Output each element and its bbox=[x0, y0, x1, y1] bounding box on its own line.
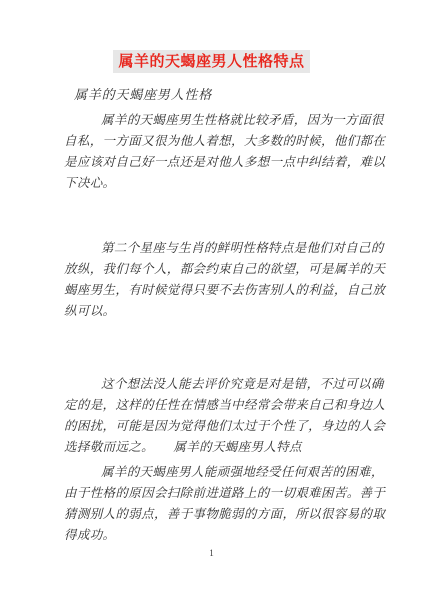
text-line: 蝎座男生，有时候觉得只要不去伤害别人的利益，自己放 bbox=[64, 280, 364, 301]
text-line: 放纵，我们每个人，都会约束自己的欲望，可是属羊的天 bbox=[64, 259, 364, 280]
text-line: 下决心。 bbox=[64, 173, 364, 194]
text-line: 是应该对自己好一点还是对他人多想一点中纠结着，难以 bbox=[64, 152, 364, 173]
text-line: 的困扰，可能是因为觉得他们太过于个性了，身边的人会 bbox=[64, 416, 364, 437]
text-line: 选择敬而远之。 属羊的天蝎座男人特点 bbox=[64, 437, 364, 458]
paragraphs: 属羊的天蝎座男生性格就比较矛盾，因为一方面很自私，一方面又很为他人着想，大多数的… bbox=[64, 110, 364, 546]
document-page: 属羊的天蝎座男人性格特点 属羊的天蝎座男人性格 属羊的天蝎座男生性格就比较矛盾，… bbox=[0, 0, 423, 600]
paragraph: 这个想法没人能去评价究竟是对是错，不过可以确定的是，这样的任性在情感当中经常会带… bbox=[64, 374, 364, 458]
paragraph: 属羊的天蝎座男人能顽强地经受任何艰苦的困难，由于性格的原因会扫除前进道路上的一切… bbox=[64, 462, 364, 546]
text-line: 这个想法没人能去评价究竟是对是错，不过可以确 bbox=[64, 374, 364, 395]
text-line: 属羊的天蝎座男人能顽强地经受任何艰苦的困难， bbox=[64, 462, 364, 483]
paragraph: 属羊的天蝎座男生性格就比较矛盾，因为一方面很自私，一方面又很为他人着想，大多数的… bbox=[64, 110, 364, 194]
document-title: 属羊的天蝎座男人性格特点 bbox=[113, 50, 309, 73]
paragraph: 第二个星座与生肖的鲜明性格特点是他们对自己的放纵，我们每个人，都会约束自己的欲望… bbox=[64, 238, 364, 322]
text-line: 由于性格的原因会扫除前进道路上的一切艰难困苦。善于 bbox=[64, 483, 364, 504]
text-line: 定的是，这样的任性在情感当中经常会带来自己和身边人 bbox=[64, 395, 364, 416]
text-line: 猜测别人的弱点，善于事物脆弱的方面，所以很容易的取 bbox=[64, 504, 364, 525]
text-line: 属羊的天蝎座男生性格就比较矛盾，因为一方面很 bbox=[64, 110, 364, 131]
title-row: 属羊的天蝎座男人性格特点 bbox=[0, 0, 423, 73]
page-number: 1 bbox=[0, 548, 423, 558]
text-line: 第二个星座与生肖的鲜明性格特点是他们对自己的 bbox=[64, 238, 364, 259]
text-line: 自私，一方面又很为他人着想，大多数的时候，他们都在 bbox=[64, 131, 364, 152]
document-subtitle: 属羊的天蝎座男人性格 bbox=[74, 86, 423, 104]
text-line: 纵可以。 bbox=[64, 301, 364, 322]
text-line: 得成功。 bbox=[64, 525, 364, 546]
